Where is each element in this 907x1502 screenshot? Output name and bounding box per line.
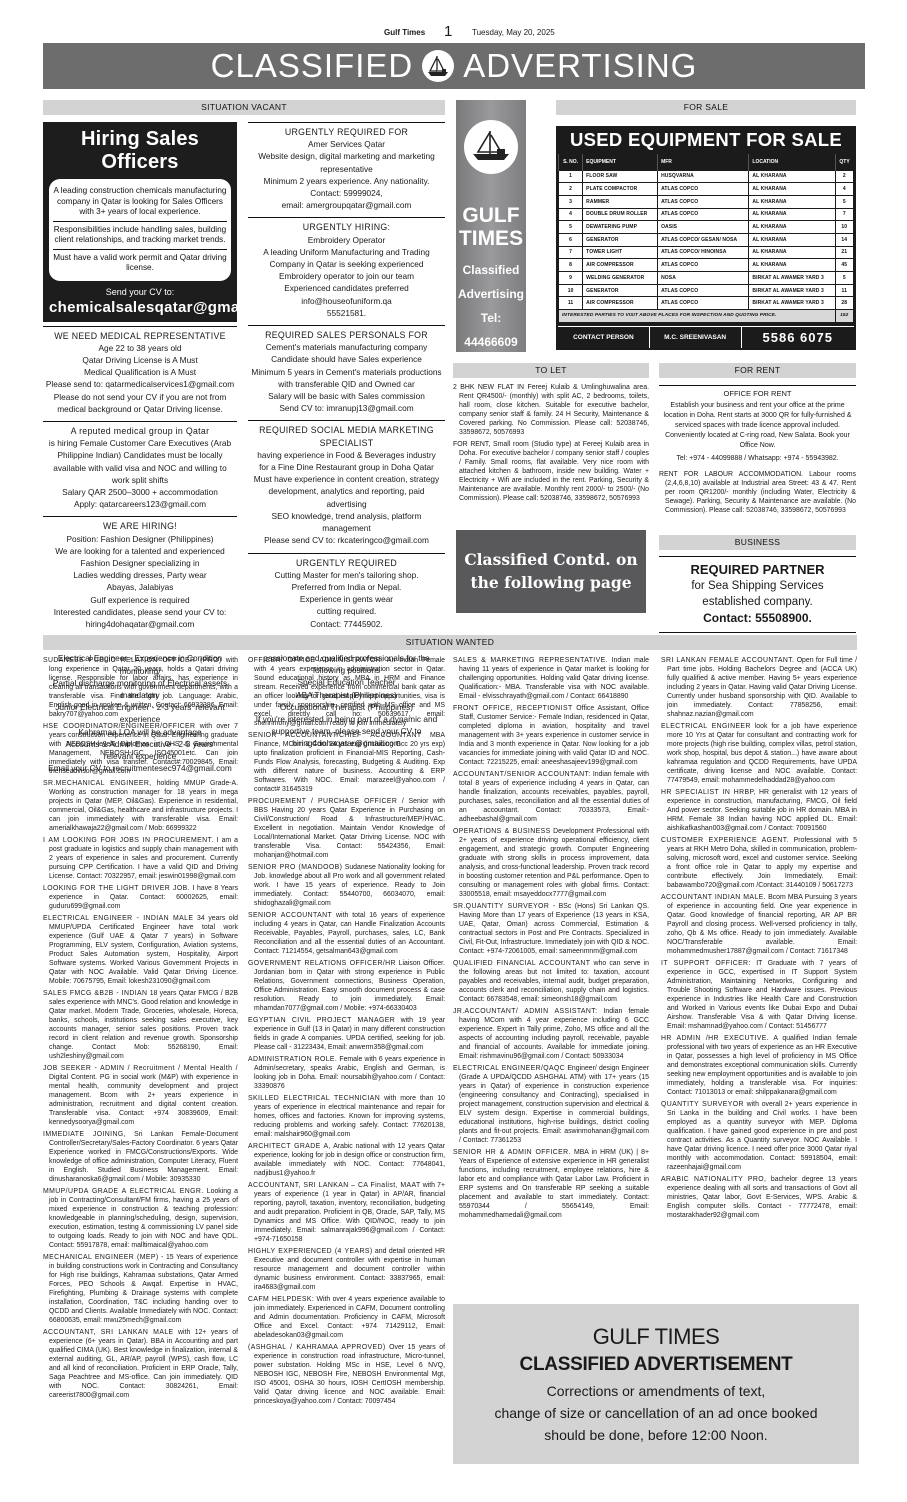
table-cell: AL KHARANA <box>749 208 835 221</box>
listing-heading: JOB SEEKER - ADMIN / Recruitment / Menta… <box>43 1065 238 1072</box>
wanted-listing: SENIOR ACCOUNTANT with total 16 years of… <box>248 911 445 956</box>
ad-line: having experience in Food & Beverages in… <box>249 449 444 461</box>
ad-line: Interested candidates, please send your … <box>44 606 236 618</box>
wanted-listing: CUSTOMER EXPERIENCE AGENT. Professional … <box>661 836 857 890</box>
listing-heading: CAFM HELPDESK: <box>248 1296 314 1303</box>
ad-heading: REQUIRED PARTNER <box>659 561 856 578</box>
table-cell: NOSA <box>658 272 749 285</box>
wanted-column-2: OFFICER/ OFFICE ADMINISTRATOR: An Indian… <box>248 656 445 1409</box>
listing-heading: SUDANESE PUBLIC RELATION OFFICER (PRO) <box>43 657 222 664</box>
ad-line: Send CV to: imranupj13@gmail.com <box>249 402 444 414</box>
listing-body: Senior with BBS Having 20 years Qatar Ex… <box>254 798 445 859</box>
table-cell: 2 <box>559 183 583 196</box>
ad-line: Gulf experience is required <box>44 594 236 606</box>
ad-line: We are looking for a talented and experi… <box>44 545 236 569</box>
listing-body: with 7+ years of experience (1 year in Q… <box>254 1182 445 1243</box>
table-row: 3RAMMERATLAS COPCOAL KHARANA5 <box>559 195 854 208</box>
listing-body: Bcom MBA Pursuing 3 years of experience … <box>667 894 857 955</box>
wanted-listing: HIGHLY EXPERIENCED (4 YEARS) and detail … <box>248 1247 445 1292</box>
listing-body: Indian female having MCom with 4 year ex… <box>459 1008 649 1060</box>
listing-body: Liaison Officer. Jordanian born in Qatar… <box>254 960 445 1012</box>
listing-body: Professional with 5 years at RKH Metro D… <box>667 837 857 889</box>
ad-line: Salary QAR 2500–3000 + accommodation <box>44 486 236 498</box>
table-header: MFR <box>658 154 749 170</box>
listing-body: with long experience in Qatar 20 years, … <box>49 657 238 718</box>
listing-heading: QUANTITY SURVEYOR <box>661 1101 744 1108</box>
wanted-listing: FRONT OFFICE, RECEPTIONIST Office Assist… <box>453 704 649 767</box>
table-cell: AL KHARANA <box>749 195 835 208</box>
brand-name-1: GULF <box>456 204 526 227</box>
table-cell: ATLAS COPCO <box>658 208 749 221</box>
ad-line: Medical Qualification is A Must <box>44 366 236 378</box>
ad-line: Contact: 77445902. <box>249 618 444 630</box>
listing-heading: ACCOUNTANT, SRI LANKAN – CA Finalist, MA… <box>248 1182 421 1189</box>
table-cell: 11 <box>835 284 853 297</box>
listing-heading: LOOKING FOR THE LIGHT DRIVER JOB. <box>43 885 190 892</box>
listing-heading: OFFICER/ OFFICE ADMINISTRATOR: <box>248 657 383 664</box>
ad-text: Must have a valid work permit and Qatar … <box>53 250 227 277</box>
ad-line: 55521581. <box>249 307 444 319</box>
ad-text: established company. <box>659 594 856 610</box>
listing-heading: ELECTRICAL ENGINEER <box>661 723 751 730</box>
wanted-listing: SR.QUANTITY SURVEYOR - BSc (Hons) Sri La… <box>453 902 649 956</box>
wanted-listing: IT SUPPORT OFFICER: IT Graduate with 7 y… <box>661 959 857 1031</box>
section-header-for-rent: FOR RENT <box>659 363 856 378</box>
table-cell: 9 <box>559 272 583 285</box>
wanted-listing: ARCHITECT GRADE A, Arabic national with … <box>248 1142 445 1178</box>
table-cell: 1 <box>559 170 583 183</box>
notice-brand: GULF TIMES <box>453 1324 859 1350</box>
ad-line: Embroidery Operator <box>249 234 444 246</box>
notice-line: should be done, before 12:00 Noon. <box>453 1424 859 1446</box>
listing-heading: SKILLED ELECTRICAL TECHNICIAN <box>248 1095 380 1102</box>
gulf-times-sidebar: GULF TIMES Classified Advertising Tel: 4… <box>456 100 526 352</box>
contd-line-1: Classified Contd. on <box>456 548 646 571</box>
vacancy-ad: A reputed medical group in Qataris hirin… <box>43 421 237 516</box>
wanted-listing: HR ADMIN /HR EXECUTIVE. A qualified Indi… <box>661 1034 857 1097</box>
listing-heading: HR ADMIN /HR EXECUTIVE. <box>661 1035 769 1042</box>
ad-line: cutting required. <box>249 605 444 617</box>
wanted-listing: CAFM HELPDESK: With over 4 years experie… <box>248 1295 445 1340</box>
wanted-listing: MMUP/UPDA GRADE A ELECTRICAL ENGR. Looki… <box>43 1187 238 1250</box>
equipment-table: S. NO.EQUIPMENTMFRLOCATIONQTY 1FLOOR SAW… <box>558 154 854 323</box>
ad-title: Hiring Sales Officers <box>49 128 231 174</box>
wanted-listing: HR SPECIALIST IN HRBP, HR generalist wit… <box>661 788 857 833</box>
ad-line: Cutting Master for men's tailoring shop. <box>249 569 444 581</box>
required-partner-ad: REQUIRED PARTNER for Sea Shipping Servic… <box>659 556 856 633</box>
wanted-listing: ACCOUNTANT, SRI LANKAN MALE with 12+ yea… <box>43 1328 238 1400</box>
wanted-listing: ACCOUNTANT INDIAN MALE. Bcom MBA Pursuin… <box>661 893 857 956</box>
to-let-listing: FOR RENT, Small room (Studio type) at Fe… <box>453 440 649 503</box>
listing-body: IT Graduate with 7 years of experience i… <box>667 960 857 1030</box>
ad-line: Salary will be basic with Sales commissi… <box>249 390 444 402</box>
wanted-listing: SRI LANKAN FEMALE ACCOUNTANT. Open for F… <box>661 656 857 719</box>
vacancy-ad: WE NEED MEDICAL REPRESENTATIVEAge 22 to … <box>43 326 237 421</box>
notice-title: CLASSIFIED ADVERTISEMENT <box>453 1350 859 1380</box>
table-header: S. NO. <box>559 154 583 170</box>
table-cell: ATLAS COPCO <box>658 183 749 196</box>
folio: Gulf Times 1 Tuesday, May 20, 2025 <box>0 28 907 40</box>
listing-body: - BSc (Hons) Sri Lankan QS. Having More … <box>459 903 649 955</box>
vacancy-ad: URGENTLY REQUIREDCutting Master for men'… <box>248 553 445 636</box>
contact-row: CONTACT PERSON M.C. SREENIVASAN 5586 607… <box>558 326 854 348</box>
table-row: 8AIR COMPRESSORATLAS COPCOAL KHARANA45 <box>559 259 854 272</box>
publication-name: Gulf Times <box>384 28 425 37</box>
listing-heading: CUSTOMER EXPERIENCE AGENT. <box>661 837 789 844</box>
vacancy-ad: REQUIRED SOCIAL MEDIA MARKETING SPECIALI… <box>248 420 445 552</box>
ad-heading: URGENTLY REQUIRED FOR <box>249 126 444 138</box>
table-header: LOCATION <box>749 154 835 170</box>
table-row: 10GENERATORATLAS COPCOBIRKAT AL AWAMER Y… <box>559 284 854 297</box>
table-cell: AL KHARANA <box>749 183 835 196</box>
table-row: 7TOWER LIGHTATLAS COPCO/ HINOINSAAL KHAR… <box>559 246 854 259</box>
listing-heading: IMMEDIATE JOINING, <box>43 1131 126 1138</box>
listing-heading: SR.MECHANICAL ENGINEER, <box>43 780 152 787</box>
table-cell: ATLAS COPCO/ HINOINSA <box>658 246 749 259</box>
ad-line: medical background or Qatar Driving lice… <box>44 403 236 415</box>
wanted-column-1: SUDANESE PUBLIC RELATION OFFICER (PRO) w… <box>43 656 238 1403</box>
ad-heading: OFFICE FOR RENT <box>660 389 855 399</box>
ad-details-box: A leading construction chemicals manufac… <box>49 179 231 281</box>
table-row: 11AIR COMPRESSORATLAS COPCOBIRKAT AL AWA… <box>559 297 854 310</box>
ad-text: Responsibilities include handling sales,… <box>53 222 227 250</box>
table-cell: ATLAS COPCO <box>658 284 749 297</box>
wanted-listing: ADMINISTRATION ROLE. Female with 6 years… <box>248 1055 445 1091</box>
wanted-listing: SALES & MARKETING REPRESENTATIVE. Indian… <box>453 656 649 701</box>
for-rent-listings: OFFICE FOR RENT Establish your business … <box>659 385 856 518</box>
table-cell: AL KHARANA <box>749 170 835 183</box>
ad-line: is hiring Female Customer Care Executive… <box>44 437 236 486</box>
ad-heading: WE ARE HIRING! <box>44 520 236 532</box>
ad-heading: WE NEED MEDICAL REPRESENTATIVE <box>44 330 236 342</box>
ad-line: Preferred from India or Nepal. <box>249 581 444 593</box>
wanted-listing: OFFICER/ OFFICE ADMINISTRATOR: An Indian… <box>248 656 445 728</box>
listing-heading: SALES FMCG &B2B - INDIAN <box>43 990 147 997</box>
table-cell: TOWER LIGHT <box>583 246 658 259</box>
issue-date: Tuesday, May 20, 2025 <box>472 28 555 37</box>
wanted-listing: QUALIFIED FINANCIAL ACCOUNTANT who can s… <box>453 959 649 1004</box>
ad-line: Please do not send your CV if you are no… <box>44 391 236 403</box>
listing-body: Over 15 years of experience in construct… <box>254 1344 445 1405</box>
section-header-situation-wanted: SITUATION WANTED <box>43 635 857 650</box>
table-cell: 8 <box>559 259 583 272</box>
listing-body: - 15 Years of experience in building con… <box>49 1254 238 1324</box>
ad-text: A leading construction chemicals manufac… <box>53 183 227 222</box>
ad-line: SEO knowledge, trend analysis, platform … <box>249 510 444 534</box>
table-row: 4DOUBLE DRUM ROLLERATLAS COPCOAL KHARANA… <box>559 208 854 221</box>
contact-label: CONTACT PERSON <box>558 327 650 348</box>
listing-heading: EGYPTIAN CIVIL PROJECT MANAGER <box>248 1017 395 1024</box>
wanted-listing: ELECTRICAL ENGINEER/QAQC Engineer/ desig… <box>453 1064 649 1145</box>
wanted-listing: SALES FMCG &B2B - INDIAN 18 years Qatar … <box>43 989 238 1061</box>
office-for-rent-ad: OFFICE FOR RENT Establish your business … <box>659 385 856 467</box>
to-let-listing: 2 BHK NEW FLAT IN Fereej Kulaib & Umling… <box>453 383 649 437</box>
wanted-listing: LOOKING FOR THE LIGHT DRIVER JOB. I have… <box>43 884 238 911</box>
table-cell: 5 <box>835 195 853 208</box>
wanted-listing: OPERATIONS & BUSINESS Development Profes… <box>453 827 649 899</box>
listing-heading: IT SUPPORT OFFICER: <box>661 960 751 967</box>
listing-heading: PROCUREMENT / PURCHASE OFFICER / <box>248 798 404 805</box>
ad-line: Minimum 2 years experience. Any national… <box>249 175 444 187</box>
wanted-listing: ARABIC NATIONALITY PRO, bachelor degree … <box>661 1175 857 1220</box>
listing-body: Development Professional with 2+ years o… <box>459 828 649 898</box>
phone-1[interactable]: Tel: 44466609 <box>456 306 526 354</box>
wanted-listing: QUANTITY SURVEYOR with overall 2+ years … <box>661 1100 857 1172</box>
table-cell: 7 <box>559 246 583 259</box>
listing-body: Office Assistant, Office Staff, Customer… <box>459 705 649 766</box>
ad-line: Experienced candidates preferred <box>249 282 444 294</box>
ad-line: with transferable QID and Owned car <box>249 378 444 390</box>
ad-line: Please send CV to: rkcateringco@gmail.co… <box>249 534 444 546</box>
table-header: EQUIPMENT <box>583 154 658 170</box>
ad-line: Website design, digital marketing and ma… <box>249 150 444 174</box>
table-cell: 3 <box>559 195 583 208</box>
ad-line: Candidate should have Sales experience <box>249 353 444 365</box>
ad-line: Please send to: qatarmedicalservices1@gm… <box>44 378 236 390</box>
table-row: 9WELDING GENERATORNOSABIRKAT AL AWAMER Y… <box>559 272 854 285</box>
table-cell: BIRKAT AL AWAMER YARD 3 <box>749 272 835 285</box>
listing-heading: ACCOUNTANT, SRI LANKAN MALE <box>43 1329 174 1336</box>
listing-heading: I AM LOOKING FOR JOBS IN PROCUREMENT. <box>43 837 214 844</box>
ad-line: Position: Fashion Designer (Philippines) <box>44 533 236 545</box>
table-header: QTY <box>835 154 853 170</box>
wanted-listing: GOVERNMENT RELATIONS OFFICER/HR Liaison … <box>248 959 445 1013</box>
used-equipment-ad: USED EQUIPMENT FOR SALE S. NO.EQUIPMENTM… <box>556 126 856 350</box>
wanted-listing: JR.ACCOUNTANT/ ADMIN ASSISTANT: Indian f… <box>453 1007 649 1061</box>
section-header-for-sale: FOR SALE <box>556 100 856 115</box>
table-row: 1FLOOR SAWHUSQVARNAAL KHARANA2 <box>559 170 854 183</box>
listing-heading: ELECTRICAL ENGINEER - INDIAN MALE <box>43 915 193 922</box>
table-cell: AL KHARANA <box>749 259 835 272</box>
table-cell: ATLAS COPCO <box>658 259 749 272</box>
table-cell: AL KHARANA <box>749 246 835 259</box>
corrections-notice: GULF TIMES CLASSIFIED ADVERTISEMENT Corr… <box>453 1304 859 1464</box>
labour-accommodation-ad: RENT FOR LABOUR ACCOMMODATION. Labour ro… <box>659 470 856 515</box>
wanted-listing: I AM LOOKING FOR JOBS IN PROCUREMENT. I … <box>43 836 238 881</box>
table-cell: BIRKAT AL AWAMER YARD 3 <box>749 297 835 310</box>
ad-heading: URGENTLY HIRING: <box>249 221 444 233</box>
notice-line: Corrections or amendments of text, <box>453 1380 859 1402</box>
listing-heading: HIGHLY EXPERIENCED (4 YEARS) <box>248 1248 373 1255</box>
ad-email-link[interactable]: chemicalsalesqatar@gmail.com <box>49 299 231 316</box>
table-row: 6GENERATORATLAS COPCO/ GESAN/ NOSAAL KHA… <box>559 233 854 246</box>
ad-line: Embroidery operator to join our team <box>249 270 444 282</box>
classified-continued-banner: Classified Contd. on the following page <box>456 530 646 613</box>
wanted-listing: JOB SEEKER - ADMIN / Recruitment / Menta… <box>43 1064 238 1127</box>
listing-body: MBA Finance, MCom & Com 24 yrs exp (incl… <box>254 732 445 793</box>
wanted-listing: ELECTRICAL ENGINEER look for a job have … <box>661 722 857 785</box>
listing-heading: SR.QUANTITY SURVEYOR <box>453 903 549 910</box>
contact-name: M.C. SREENIVASAN <box>650 327 742 348</box>
note-cell: INTERESTED PARTIES TO VISIT ABOVE PLACES… <box>559 310 836 323</box>
ad-line: Experience in gents wear <box>249 593 444 605</box>
wanted-column-4: SRI LANKAN FEMALE ACCOUNTANT. Open for F… <box>661 656 857 1223</box>
listing-body: with over 7 years construction experienc… <box>49 723 238 775</box>
to-let-listings: 2 BHK NEW FLAT IN Fereej Kulaib & Umling… <box>453 383 649 506</box>
vacancy-ad: REQUIRED SALES PERSONALS FORCement's mat… <box>248 325 445 420</box>
listing-body: Open for Full time / Part time jobs. Hol… <box>667 657 857 718</box>
ad-line: Must have experience in content creation… <box>249 473 444 510</box>
table-cell: ATLAS COPCO <box>658 195 749 208</box>
listing-heading: HSE COORDINATOR/ENGINEER/OFFICER <box>43 723 195 730</box>
masthead: CLASSIFIED ADVERTISING <box>43 43 865 89</box>
ad-line: Apply: qatarcareers123@gmail.com <box>44 498 236 510</box>
brand-sub-1: Classified <box>456 258 526 282</box>
listing-heading: JR.ACCOUNTANT/ ADMIN ASSISTANT: <box>453 1008 597 1015</box>
wanted-column-3: SALES & MARKETING REPRESENTATIVE. Indian… <box>453 656 649 1223</box>
vacancy-ad: WE ARE HIRING!Position: Fashion Designer… <box>43 516 237 636</box>
ad-line: Age 22 to 38 years old <box>44 342 236 354</box>
contact-phone[interactable]: 5586 6075 <box>742 327 854 348</box>
table-cell: 10 <box>835 221 853 234</box>
table-cell: 14 <box>835 233 853 246</box>
ad-text: Establish your business and rent your of… <box>660 401 855 451</box>
listing-body: A qualified Indian female professional w… <box>667 1035 857 1096</box>
table-cell: 4 <box>835 183 853 196</box>
listing-body: Sri Lankan Female-Document Controller/Se… <box>49 1131 238 1183</box>
ad-line: Cement's materials manufacturing company <box>249 341 444 353</box>
table-cell: OASIS <box>658 221 749 234</box>
table-cell: 5 <box>835 272 853 285</box>
contd-line-2: the following page <box>456 571 646 594</box>
wanted-listing: SENIOR PRO (MANDOOB) Sudanese Nationalit… <box>248 863 445 908</box>
listing-body: 34 years old MMUP/UPDA Certificated Engi… <box>49 915 238 985</box>
ad-line: for a Fine Dine Restaurant group in Doha… <box>249 461 444 473</box>
listing-heading: ACCOUNTANT INDIAN MALE. <box>661 894 766 901</box>
wanted-listing: SKILLED ELECTRICAL TECHNICIAN with more … <box>248 1094 445 1139</box>
listing-body: Looking a job in Contracting/Consultant/… <box>49 1188 238 1249</box>
listing-heading: ARCHITECT GRADE A, <box>248 1143 331 1150</box>
ad-line: Amer Services Qatar <box>249 138 444 150</box>
ad-line: email: amergroupqatar@gmail.com <box>249 199 444 211</box>
wanted-listing: SENIOR ACCOUNTANT/CHIEF ACCOUNTANT MBA F… <box>248 731 445 794</box>
ad-line: Qatar Driving License is A Must <box>44 354 236 366</box>
table-cell: 28 <box>835 297 853 310</box>
section-header-to-let: TO LET <box>453 363 649 378</box>
total-cell: 152 <box>835 310 853 323</box>
table-cell: AIR COMPRESSOR <box>583 259 658 272</box>
listing-heading: GOVERNMENT RELATIONS OFFICER/HR <box>248 960 396 967</box>
listing-heading: FRONT OFFICE, RECEPTIONIST <box>453 705 573 712</box>
table-cell: AIR COMPRESSOR <box>583 297 658 310</box>
table-cell: ATLAS COPCO <box>658 297 749 310</box>
table-cell: FLOOR SAW <box>583 170 658 183</box>
wanted-listing: ACCOUNTANT/SENIOR ACCOUNTANT: Indian fem… <box>453 770 649 824</box>
dhow-boat-logo-icon <box>422 50 454 82</box>
listing-body: An Indian Female with 4 years experience… <box>254 657 445 727</box>
wanted-listing: IMMEDIATE JOINING, Sri Lankan Female-Doc… <box>43 1130 238 1184</box>
notice-line: change of size or cancellation of an ad … <box>453 1402 859 1424</box>
ad-line: A leading Uniform Manufacturing and Trad… <box>249 246 444 270</box>
ad-send-label: Send your CV to: <box>49 287 231 297</box>
listing-heading: SENIOR ACCOUNTANT/CHIEF ACCOUNTANT <box>248 732 422 739</box>
listing-heading: SENIOR PRO (MANDOOB) <box>248 864 342 871</box>
table-cell: WELDING GENERATOR <box>583 272 658 285</box>
section-header-business: BUSINESS <box>659 535 856 550</box>
listing-body: with overall 2+ years experience in Sri … <box>667 1101 857 1171</box>
ad-line: Abayas, Jalabiyas <box>44 581 236 593</box>
listing-body: look for a job have experience more 10 Y… <box>667 723 857 784</box>
listing-heading: MMUP/UPDA GRADE A ELECTRICAL ENGR. <box>43 1188 204 1195</box>
wanted-listing: PROCUREMENT / PURCHASE OFFICER / Senior … <box>248 797 445 860</box>
listing-heading: SENIOR ACCOUNTANT <box>248 912 332 919</box>
wanted-listing: (ASHGHAL / KAHRAMAA APPROVED) Over 15 ye… <box>248 1343 445 1406</box>
wanted-listing: ELECTRICAL ENGINEER - INDIAN MALE 34 yea… <box>43 914 238 986</box>
table-cell: 5 <box>559 221 583 234</box>
listing-body: Engineer/ design Engineer (Grade A UPDA/… <box>459 1065 649 1144</box>
table-note-row: INTERESTED PARTIES TO VISIT ABOVE PLACES… <box>559 310 854 323</box>
table-cell: BIRKAT AL AWAMER YARD 3 <box>749 284 835 297</box>
listing-heading: MECHANICAL ENGINEER (MEP) <box>43 1254 159 1261</box>
masthead-left: CLASSIFIED <box>211 47 414 85</box>
listing-heading: SRI LANKAN FEMALE ACCOUNTANT. <box>661 657 794 664</box>
masthead-right: ADVERTISING <box>463 47 697 85</box>
page-number: 1 <box>444 23 452 40</box>
ad-line: Contact: 59999024, <box>249 187 444 199</box>
dhow-boat-icon <box>464 120 518 174</box>
wanted-listing: ACCOUNTANT, SRI LANKAN – CA Finalist, MA… <box>248 1181 445 1244</box>
listing-heading: ACCOUNTANT/SENIOR ACCOUNTANT: <box>453 771 591 778</box>
table-cell: ATLAS COPCO/ GESAN/ NOSA <box>658 233 749 246</box>
table-row: 5DEWATERING PUMPOASISAL KHARANA10 <box>559 221 854 234</box>
table-cell: GENERATOR <box>583 233 658 246</box>
table-cell: 7 <box>835 208 853 221</box>
table-cell: 11 <box>559 297 583 310</box>
ad-heading: URGENTLY REQUIRED <box>249 557 444 569</box>
table-row: 2PLATE COMPACTORATLAS COPCOAL KHARANA4 <box>559 183 854 196</box>
listing-heading: QUALIFIED FINANCIAL ACCOUNTANT <box>453 960 590 967</box>
ad-heading: REQUIRED SOCIAL MEDIA MARKETING SPECIALI… <box>249 424 444 448</box>
wanted-listing: MECHANICAL ENGINEER (MEP) - 15 Years of … <box>43 1253 238 1325</box>
listing-heading: SALES & MARKETING REPRESENTATIVE. <box>453 657 608 664</box>
hiring-sales-officers-ad: Hiring Sales Officers A leading construc… <box>43 122 237 322</box>
table-cell: 2 <box>835 170 853 183</box>
wanted-listing: SENIOR HR & ADMIN OFFICER. MBA in HRM (U… <box>453 1148 649 1220</box>
listing-heading: (ASHGHAL / KAHRAMAA APPROVED) <box>248 1344 386 1351</box>
brand-sub-2: Advertising <box>456 282 526 306</box>
vacancy-ad: URGENTLY HIRING:Embroidery OperatorA lea… <box>248 217 445 325</box>
table-cell: PLATE COMPACTOR <box>583 183 658 196</box>
listing-heading: ELECTRICAL ENGINEER/QAQC <box>453 1065 565 1072</box>
ad-contact[interactable]: Contact: 55508900. <box>659 610 856 627</box>
wanted-listing: EGYPTIAN CIVIL PROJECT MANAGER with 19 y… <box>248 1016 445 1052</box>
table-cell: 10 <box>559 284 583 297</box>
listing-body: 18 years Qatar FMCG / B2B sales experien… <box>49 990 238 1060</box>
ad-text: for Sea Shipping Services <box>659 578 856 594</box>
listing-body: with 12+ years of experience (6+ years i… <box>49 1329 238 1399</box>
wanted-listing: SUDANESE PUBLIC RELATION OFFICER (PRO) w… <box>43 656 238 719</box>
listing-heading: OPERATIONS & BUSINESS <box>453 828 551 835</box>
ad-line: Minimum 5 years in Cement's materials pr… <box>249 366 444 378</box>
listing-body: Digital Content. PG in social work (M&P)… <box>49 1074 238 1126</box>
listing-heading: ADMINISTRATION ROLE. <box>248 1056 337 1063</box>
ad-contact: Tel: +974 - 44099888 / Whatsapp: +974 - … <box>660 454 855 464</box>
table-cell: 45 <box>835 259 853 272</box>
listing-body: holding MMUP Grade-A. Working as constru… <box>49 780 238 832</box>
ad-line: hiring4dohaqatar@gmail.com <box>44 618 236 630</box>
table-cell: GENERATOR <box>583 284 658 297</box>
table-cell: 6 <box>559 233 583 246</box>
listing-body: MBA in HRM (UK) | 8+ Years of Experience… <box>459 1149 649 1219</box>
vacancy-ad: URGENTLY REQUIRED FORAmer Services Qatar… <box>248 122 445 217</box>
wanted-listing: SR.MECHANICAL ENGINEER, holding MMUP Gra… <box>43 779 238 833</box>
wanted-listing: HSE COORDINATOR/ENGINEER/OFFICER with ov… <box>43 722 238 776</box>
ad-line: info@houseofuniform.qa <box>249 295 444 307</box>
table-cell: DEWATERING PUMP <box>583 221 658 234</box>
table-cell: 4 <box>559 208 583 221</box>
listing-heading: HR SPECIALIST IN HRBP, <box>661 789 756 796</box>
table-cell: HUSQVARNA <box>658 170 749 183</box>
